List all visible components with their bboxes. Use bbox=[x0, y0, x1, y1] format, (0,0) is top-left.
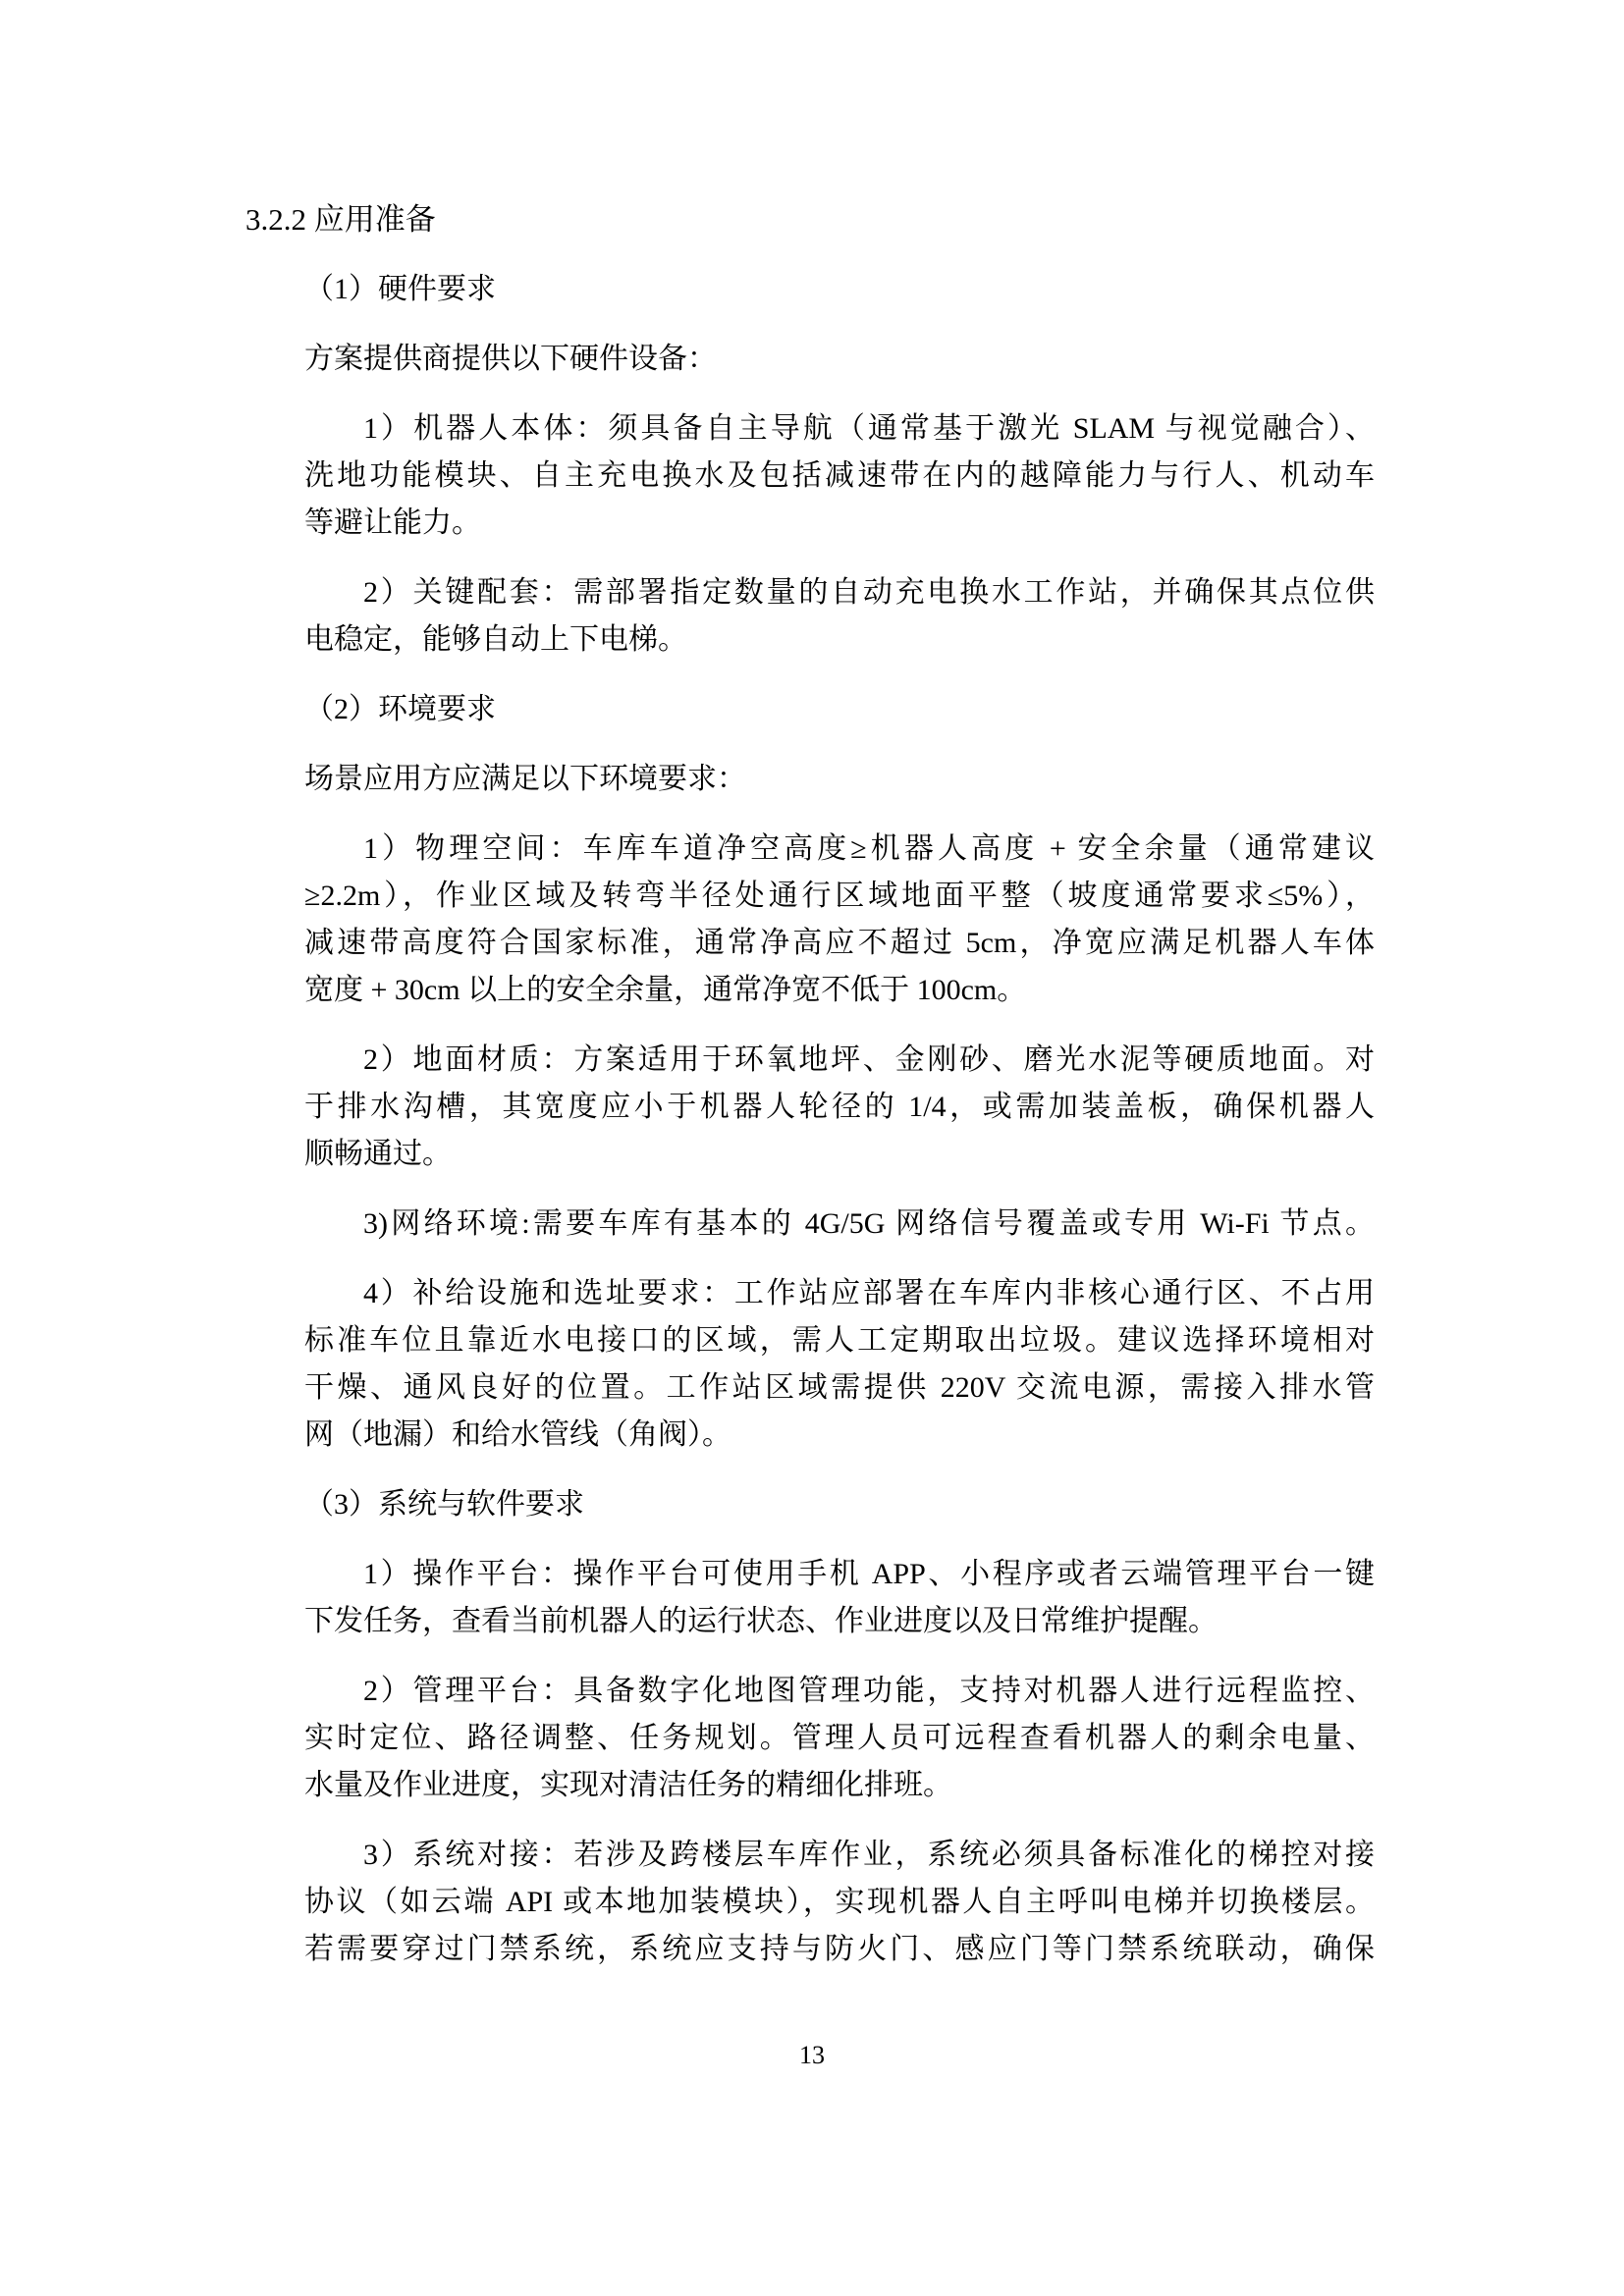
paragraph: 场景应用方应满足以下环境要求： bbox=[304, 756, 1375, 803]
text-line: 等避让能力。 bbox=[304, 500, 1375, 547]
paragraph: 1）机器人本体：须具备自主导航（通常基于激光 SLAM 与视觉融合）、洗地功能模… bbox=[304, 405, 1375, 547]
text-line: 2）地面材质：方案适用于环氧地坪、金刚砂、磨光水泥等硬质地面。对 bbox=[304, 1037, 1375, 1084]
document-page: 3.2.2 应用准备 （1）硬件要求方案提供商提供以下硬件设备：1）机器人本体：… bbox=[0, 0, 1624, 2296]
paragraph: 2）地面材质：方案适用于环氧地坪、金刚砂、磨光水泥等硬质地面。对于排水沟槽，其宽… bbox=[304, 1037, 1375, 1178]
text-line: 4）补给设施和选址要求：工作站应部署在车库内非核心通行区、不占用 bbox=[304, 1270, 1375, 1317]
section-heading: 3.2.2 应用准备 bbox=[245, 196, 1375, 243]
text-line: 场景应用方应满足以下环境要求： bbox=[304, 756, 1375, 803]
text-line: 干燥、通风良好的位置。工作站区域需提供 220V 交流电源，需接入排水管 bbox=[304, 1364, 1375, 1412]
text-line: 宽度 + 30cm 以上的安全余量，通常净宽不低于 100cm。 bbox=[304, 967, 1375, 1014]
text-line: 方案提供商提供以下硬件设备： bbox=[304, 336, 1375, 383]
text-line: 下发任务，查看当前机器人的运行状态、作业进度以及日常维护提醒。 bbox=[304, 1598, 1375, 1645]
paragraph: 2）关键配套：需部署指定数量的自动充电换水工作站，并确保其点位供电稳定，能够自动… bbox=[304, 569, 1375, 664]
text-line: 协议（如云端 API 或本地加装模块），实现机器人自主呼叫电梯并切换楼层。 bbox=[304, 1879, 1375, 1926]
text-line: 1）物理空间：车库车道净空高度≥机器人高度 + 安全余量（通常建议 bbox=[304, 826, 1375, 873]
paragraph: 1）操作平台：操作平台可使用手机 APP、小程序或者云端管理平台一键下发任务，查… bbox=[304, 1551, 1375, 1645]
text-line: （2）环境要求 bbox=[304, 686, 1375, 733]
page-number: 13 bbox=[0, 2040, 1624, 2071]
text-line: 电稳定，能够自动上下电梯。 bbox=[304, 616, 1375, 664]
document-body: 3.2.2 应用准备 （1）硬件要求方案提供商提供以下硬件设备：1）机器人本体：… bbox=[245, 196, 1375, 1996]
document-blocks: （1）硬件要求方案提供商提供以下硬件设备：1）机器人本体：须具备自主导航（通常基… bbox=[245, 266, 1375, 1973]
paragraph: 方案提供商提供以下硬件设备： bbox=[304, 336, 1375, 383]
text-line: 于排水沟槽，其宽度应小于机器人轮径的 1/4，或需加装盖板，确保机器人 bbox=[304, 1084, 1375, 1131]
text-line: 2）关键配套：需部署指定数量的自动充电换水工作站，并确保其点位供 bbox=[304, 569, 1375, 616]
text-line: 水量及作业进度，实现对清洁任务的精细化排班。 bbox=[304, 1762, 1375, 1809]
paragraph: 4）补给设施和选址要求：工作站应部署在车库内非核心通行区、不占用标准车位且靠近水… bbox=[304, 1270, 1375, 1459]
paragraph: 2）管理平台：具备数字化地图管理功能，支持对机器人进行远程监控、实时定位、路径调… bbox=[304, 1668, 1375, 1809]
text-line: 洗地功能模块、自主充电换水及包括减速带在内的越障能力与行人、机动车 bbox=[304, 453, 1375, 500]
text-line: 顺畅通过。 bbox=[304, 1131, 1375, 1178]
text-line: 3）系统对接：若涉及跨楼层车库作业，系统必须具备标准化的梯控对接 bbox=[304, 1832, 1375, 1879]
text-line: 若需要穿过门禁系统，系统应支持与防火门、感应门等门禁系统联动，确保 bbox=[304, 1926, 1375, 1973]
text-line: 3)网络环境:需要车库有基本的 4G/5G 网络信号覆盖或专用 Wi-Fi 节点… bbox=[304, 1201, 1375, 1248]
section-subheading: （2）环境要求 bbox=[304, 686, 1375, 733]
paragraph: 3）系统对接：若涉及跨楼层车库作业，系统必须具备标准化的梯控对接协议（如云端 A… bbox=[304, 1832, 1375, 1973]
text-line: 1）机器人本体：须具备自主导航（通常基于激光 SLAM 与视觉融合）、 bbox=[304, 405, 1375, 453]
text-line: ≥2.2m），作业区域及转弯半径处通行区域地面平整（坡度通常要求≤5%）， bbox=[304, 873, 1375, 920]
paragraph: 1）物理空间：车库车道净空高度≥机器人高度 + 安全余量（通常建议≥2.2m），… bbox=[304, 826, 1375, 1014]
text-line: （1）硬件要求 bbox=[304, 266, 1375, 313]
paragraph: 3)网络环境:需要车库有基本的 4G/5G 网络信号覆盖或专用 Wi-Fi 节点… bbox=[304, 1201, 1375, 1248]
text-line: 实时定位、路径调整、任务规划。管理人员可远程查看机器人的剩余电量、 bbox=[304, 1715, 1375, 1762]
text-line: 网（地漏）和给水管线（角阀）。 bbox=[304, 1412, 1375, 1459]
text-line: 2）管理平台：具备数字化地图管理功能，支持对机器人进行远程监控、 bbox=[304, 1668, 1375, 1715]
text-line: 标准车位且靠近水电接口的区域，需人工定期取出垃圾。建议选择环境相对 bbox=[304, 1317, 1375, 1364]
section-subheading: （1）硬件要求 bbox=[304, 266, 1375, 313]
text-line: 1）操作平台：操作平台可使用手机 APP、小程序或者云端管理平台一键 bbox=[304, 1551, 1375, 1598]
text-line: 减速带高度符合国家标准，通常净高应不超过 5cm，净宽应满足机器人车体 bbox=[304, 920, 1375, 967]
section-subheading: （3）系统与软件要求 bbox=[304, 1481, 1375, 1528]
text-line: （3）系统与软件要求 bbox=[304, 1481, 1375, 1528]
